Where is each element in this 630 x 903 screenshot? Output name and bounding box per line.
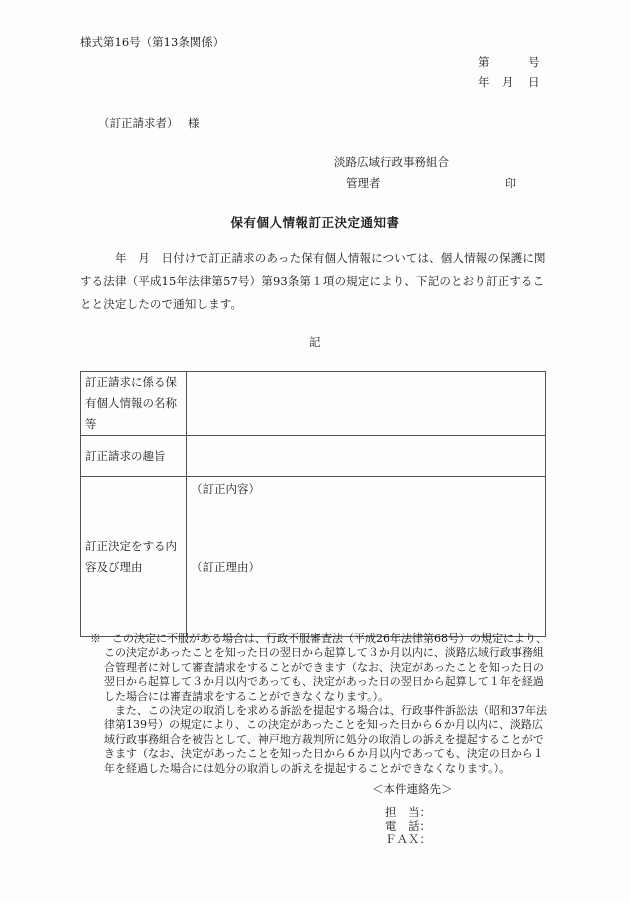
contact-person: 担 当：: [385, 806, 431, 820]
contact-fax: ＦＡＸ：: [385, 833, 431, 847]
row-label: 訂正請求の趣旨: [81, 436, 187, 477]
date-month: 月: [502, 74, 514, 90]
notes: ※ この決定に不服がある場合は、行政不服審査法（平成26年法律第68号）の規定に…: [90, 632, 552, 776]
note-lawsuit: また、この決定の取消しを求める訴訟を提起する場合は、行政事件訴訟法（昭和37年法…: [90, 704, 552, 776]
correction-reason-label: （訂正理由）: [191, 559, 260, 575]
number-suffix: 号: [528, 54, 540, 70]
table-row: 訂正決定をする内容及び理由 （訂正内容） （訂正理由）: [81, 477, 546, 637]
date-day: 日: [528, 74, 540, 90]
contact-phone: 電 話：: [385, 820, 431, 834]
note-appeal: ※ この決定に不服がある場合は、行政不服審査法（平成26年法律第68号）の規定に…: [90, 632, 552, 704]
table-row: 訂正請求の趣旨: [81, 436, 546, 477]
decision-table: 訂正請求に係る保有個人情報の名称等 訂正請求の趣旨 訂正決定をする内容及び理由 …: [80, 371, 546, 637]
requester-label: （訂正請求者）: [98, 115, 179, 131]
contact-title: ＜本件連絡先＞: [372, 781, 453, 797]
ki-heading: 記: [309, 334, 321, 350]
row-value: [187, 436, 546, 477]
table-row: 訂正請求に係る保有個人情報の名称等: [81, 372, 546, 436]
body-paragraph: 年 月 日付けで訂正請求のあった保有個人情報については、個人情報の保護に関する法…: [80, 247, 550, 316]
contact-block: 担 当： 電 話： ＦＡＸ：: [385, 806, 431, 847]
row-value: [187, 372, 546, 436]
row-value: （訂正内容） （訂正理由）: [187, 477, 546, 637]
body-text: 年 月 日付けで訂正請求のあった保有個人情報については、個人情報の保護に関する法…: [80, 247, 550, 316]
document-title: 保有個人情報訂正決定通知書: [0, 213, 630, 231]
row-label: 訂正請求に係る保有個人情報の名称等: [81, 372, 187, 436]
number-prefix: 第: [478, 54, 490, 70]
seal-icon: 印: [505, 175, 516, 191]
row-label: 訂正決定をする内容及び理由: [81, 477, 187, 637]
honorific: 様: [188, 115, 200, 131]
form-number: 様式第16号（第13条関係）: [80, 34, 224, 50]
issuer-role: 管理者: [346, 175, 381, 191]
date-year: 年: [478, 74, 490, 90]
correction-content-label: （訂正内容）: [191, 481, 260, 497]
issuer-organization: 淡路広域行政事務組合: [334, 154, 449, 170]
